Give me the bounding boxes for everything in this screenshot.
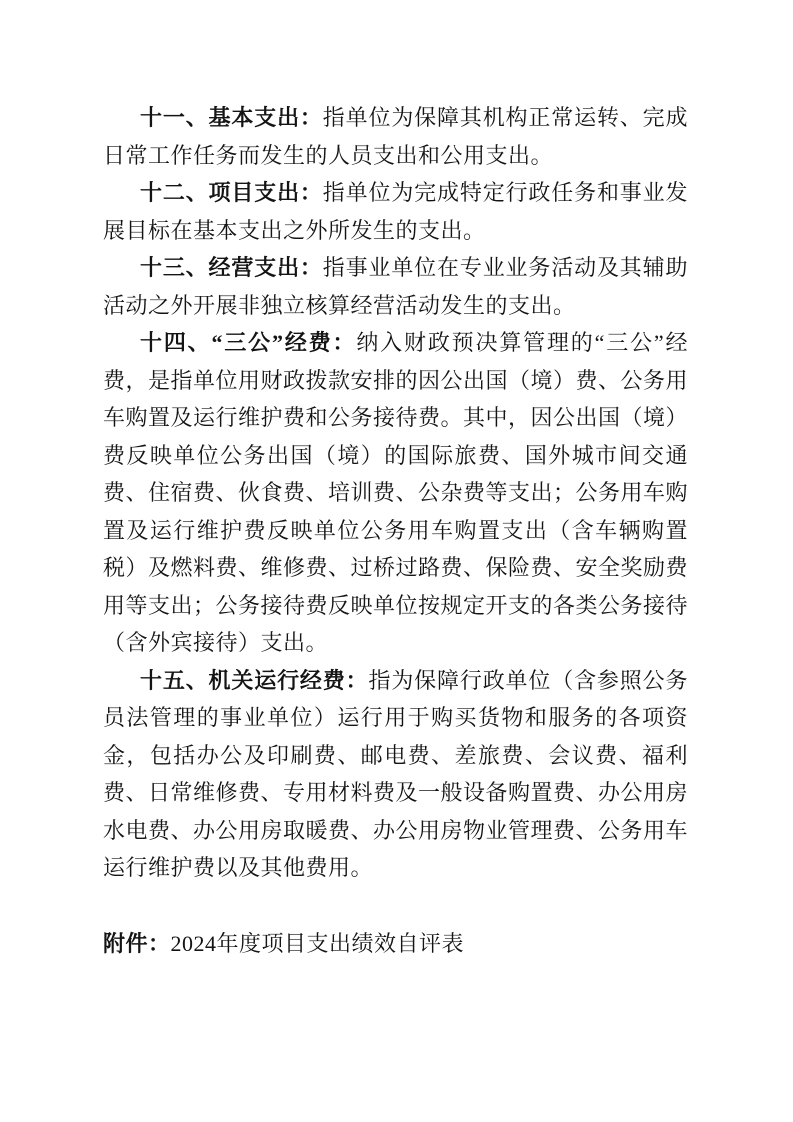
paragraph-basic-expenditure-label: 十一、基本支出： — [140, 105, 323, 130]
document-body: 十一、基本支出：指单位为保障其机构正常运转、完成日常工作任务而发生的人员支出和公… — [103, 99, 688, 962]
document-page: 十一、基本支出：指单位为保障其机构正常运转、完成日常工作任务而发生的人员支出和公… — [0, 0, 793, 1122]
paragraph-agency-operation-funds-label: 十五、机关运行经费： — [140, 668, 368, 693]
paragraph-three-public-funds-label: 十四、“三公”经费： — [140, 330, 356, 355]
paragraph-basic-expenditure: 十一、基本支出：指单位为保障其机构正常运转、完成日常工作任务而发生的人员支出和公… — [103, 99, 688, 174]
paragraph-operating-expenditure: 十三、经营支出：指事业单位在专业业务活动及其辅助活动之外开展非独立核算经营活动发… — [103, 249, 688, 324]
paragraph-operating-expenditure-label: 十三、经营支出： — [140, 255, 323, 280]
attachment-label: 附件： — [103, 931, 171, 956]
paragraph-agency-operation-funds: 十五、机关运行经费：指为保障行政单位（含参照公务员法管理的事业单位）运行用于购买… — [103, 662, 688, 887]
paragraph-three-public-funds-text: 纳入财政预决算管理的“三公”经费，是指单位用财政拨款安排的因公出国（境）费、公务… — [103, 330, 688, 655]
paragraph-project-expenditure-label: 十二、项目支出： — [140, 180, 323, 205]
paragraph-project-expenditure: 十二、项目支出：指单位为完成特定行政任务和事业发展目标在基本支出之外所发生的支出… — [103, 174, 688, 249]
attachment-line: 附件：2024年度项目支出绩效自评表 — [103, 925, 688, 963]
paragraph-agency-operation-funds-text: 指为保障行政单位（含参照公务员法管理的事业单位）运行用于购买货物和服务的各项资金… — [103, 668, 688, 881]
attachment-text: 2024年度项目支出绩效自评表 — [171, 931, 465, 956]
paragraph-three-public-funds: 十四、“三公”经费：纳入财政预决算管理的“三公”经费，是指单位用财政拨款安排的因… — [103, 324, 688, 662]
